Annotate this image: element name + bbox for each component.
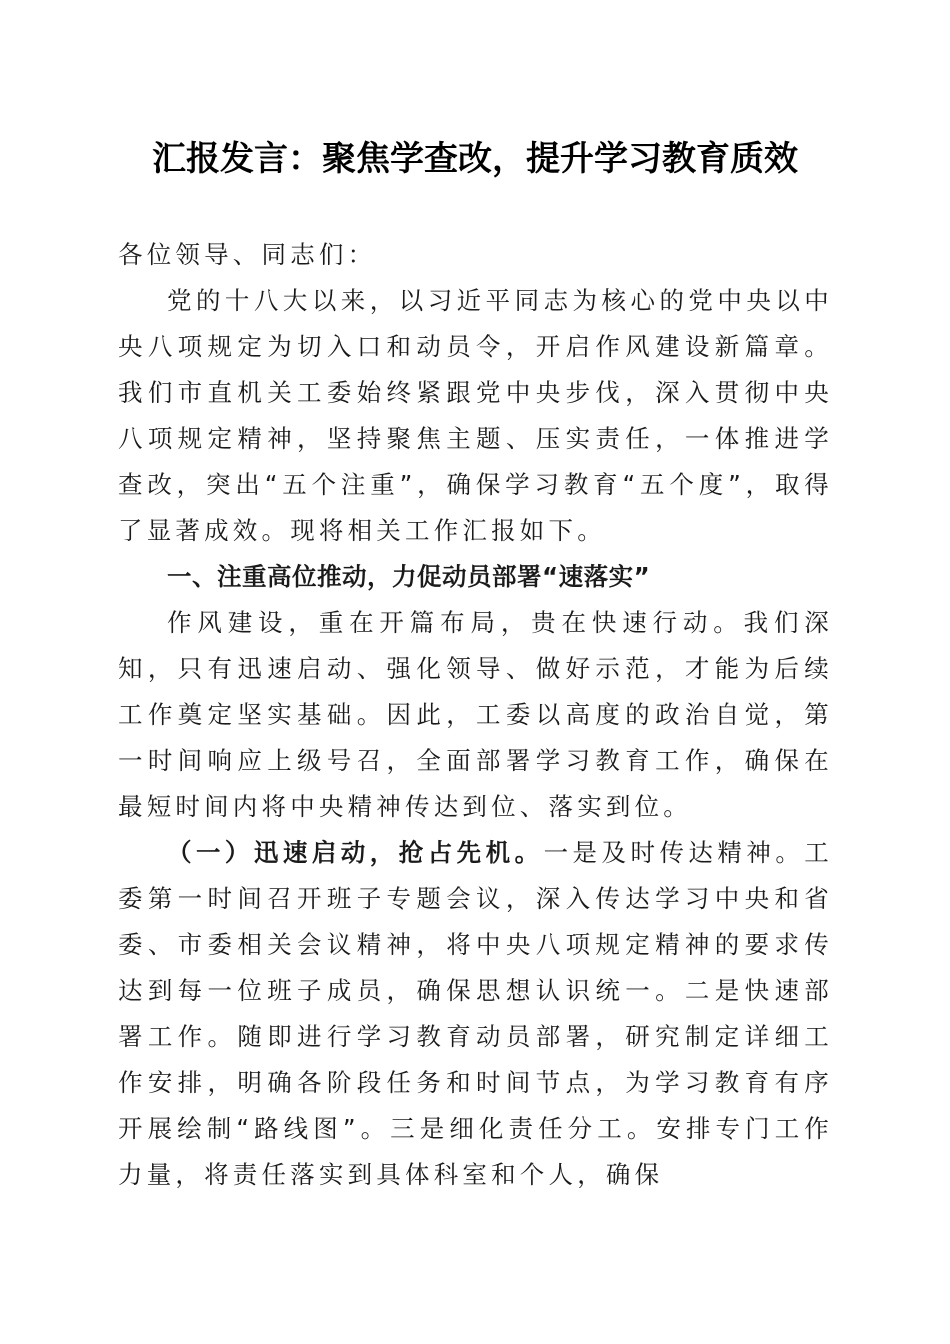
document-title: 汇报发言：聚焦学查改，提升学习教育质效 bbox=[0, 136, 950, 182]
section-heading-1: 一、注重高位推动，力促动员部署“速落实” bbox=[118, 554, 833, 600]
document-page: 汇报发言：聚焦学查改，提升学习教育质效 各位领导、同志们： 党的十八大以来，以习… bbox=[0, 0, 950, 1344]
subsection-1-lead: （一）迅速启动，抢占先机。 bbox=[167, 838, 544, 867]
subsection-1-text: 一是及时传达精神。工委第一时间召开班子专题会议，深入传达学习中央和省委、市委相关… bbox=[118, 838, 833, 1189]
intro-paragraph: 党的十八大以来，以习近平同志为核心的党中央以中央八项规定为切入口和动员令，开启作… bbox=[118, 278, 833, 554]
section-1-paragraph: 作风建设，重在开篇布局，贵在快速行动。我们深知，只有迅速启动、强化领导、做好示范… bbox=[118, 600, 833, 830]
salutation: 各位领导、同志们： bbox=[118, 232, 833, 278]
document-body: 各位领导、同志们： 党的十八大以来，以习近平同志为核心的党中央以中央八项规定为切… bbox=[118, 232, 833, 1198]
subsection-1-paragraph: （一）迅速启动，抢占先机。一是及时传达精神。工委第一时间召开班子专题会议，深入传… bbox=[118, 830, 833, 1198]
